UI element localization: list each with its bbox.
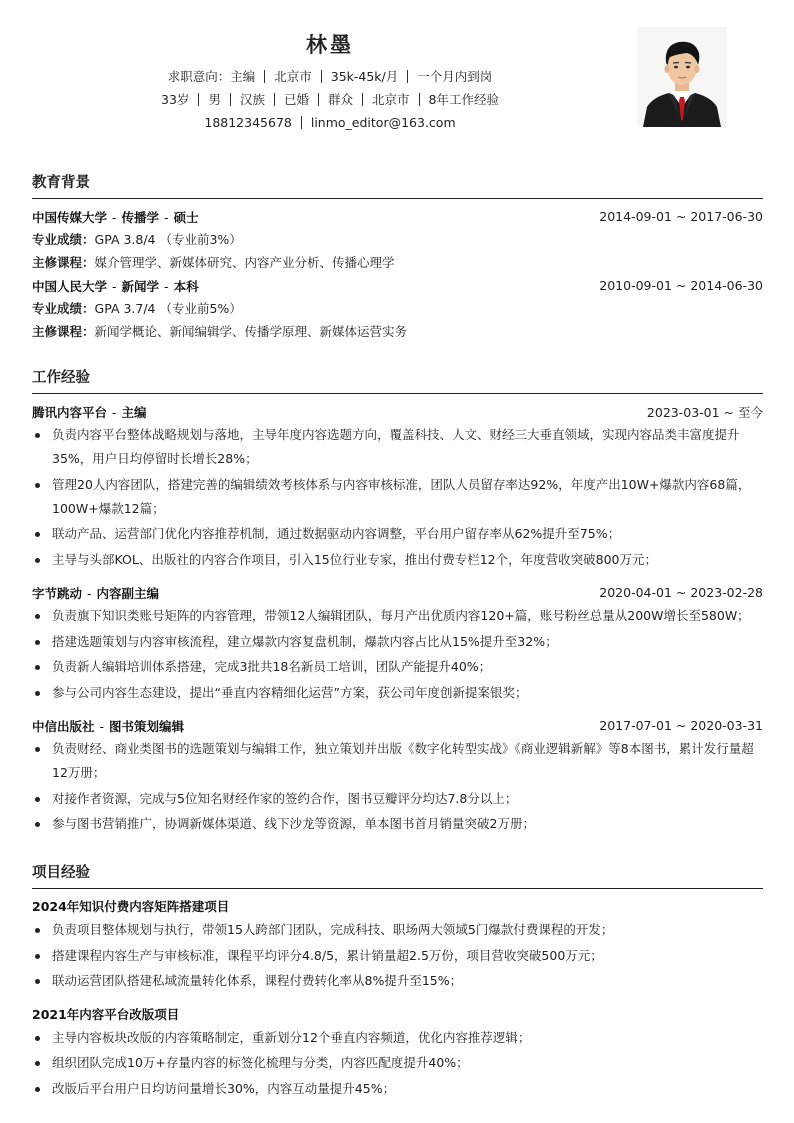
residence-city: 北京市: [372, 92, 410, 107]
resume-page: 林墨 求职意向：主编北京市35k-45k/月一个月内到岗 33岁男汉族已婚群众北…: [0, 0, 794, 1123]
bullet-item: 负责旗下知识类账号矩阵的内容管理，带领12人编辑团队，每月产出优质内容120+篇…: [32, 604, 763, 628]
age: 33岁: [161, 92, 189, 107]
divider: [274, 93, 275, 106]
education-section: 教育背景 中国传媒大学-传播学-硕士 2014-09-01 ~ 2017-06-…: [32, 172, 763, 343]
work-date-range: 2023-03-01 ~ 至今: [647, 403, 763, 421]
bullet-item: 搭建课程内容生产与审核标准，课程平均评分4.8/5，累计销量超2.5万份，项目营…: [32, 944, 763, 968]
work-entry-title: 字节跳动-内容副主编: [32, 584, 159, 602]
company-name: 中信出版社: [32, 719, 95, 734]
avatar-photo: [637, 27, 727, 127]
contact-line: 18812345678linmo_editor@163.com: [0, 111, 660, 134]
job-role: 内容副主编: [97, 586, 160, 601]
work-entry: 中信出版社-图书策划编辑 2017-07-01 ~ 2020-03-31 负责财…: [32, 714, 763, 836]
job-intent: 求职意向：主编: [168, 69, 256, 84]
job-intent-line: 求职意向：主编北京市35k-45k/月一个月内到岗: [0, 65, 660, 88]
score-value: GPA 3.8/4 （专业前3%）: [95, 232, 242, 247]
school-name: 中国人民大学: [32, 279, 107, 294]
work-entry-title: 腾讯内容平台-主编: [32, 403, 147, 421]
bullet-item: 参与图书营销推广，协调新媒体渠道、线下沙龙等资源，单本图书首月销量突破2万册；: [32, 812, 763, 836]
courses-label: 主修课程：: [32, 255, 95, 270]
marital-status: 已婚: [284, 92, 309, 107]
divider: [198, 93, 199, 106]
bullet-item: 参与公司内容生态建设，提出“垂直内容精细化运营”方案，获公司年度创新提案银奖；: [32, 681, 763, 705]
courses-label: 主修课程：: [32, 324, 95, 339]
company-name: 字节跳动: [32, 586, 82, 601]
education-entry-header: 中国人民大学-新闻学-本科 2010-09-01 ~ 2014-06-30: [32, 274, 763, 297]
work-entry-header: 中信出版社-图书策划编辑 2017-07-01 ~ 2020-03-31: [32, 714, 763, 737]
job-role: 图书策划编辑: [109, 719, 184, 734]
bullet-item: 负责财经、商业类图书的选题策划与编辑工作，独立策划并出版《数字化转型实战》《商业…: [32, 737, 763, 785]
score-label: 专业成绩：: [32, 232, 95, 247]
bullet-item: 主导与头部KOL、出版社的内容合作项目，引入15位行业专家，推出付费专栏12个，…: [32, 548, 763, 572]
bullet-item: 组织团队完成10万+存量内容的标签化梳理与分类，内容匹配度提升40%；: [32, 1051, 763, 1075]
work-entry-header: 字节跳动-内容副主编 2020-04-01 ~ 2023-02-28: [32, 581, 763, 604]
work-section: 工作经验 腾讯内容平台-主编 2023-03-01 ~ 至今 负责内容平台整体战…: [32, 367, 763, 838]
work-date-range: 2017-07-01 ~ 2020-03-31: [599, 718, 763, 733]
work-date-range: 2020-04-01 ~ 2023-02-28: [599, 585, 763, 600]
section-title-education: 教育背景: [32, 172, 763, 199]
school-name: 中国传媒大学: [32, 210, 107, 225]
education-date-range: 2010-09-01 ~ 2014-06-30: [599, 278, 763, 293]
education-entry-title: 中国人民大学-新闻学-本科: [32, 277, 199, 295]
section-title-work: 工作经验: [32, 367, 763, 394]
education-entry-header: 中国传媒大学-传播学-硕士 2014-09-01 ~ 2017-06-30: [32, 205, 763, 228]
education-entry-title: 中国传媒大学-传播学-硕士: [32, 208, 199, 226]
project-bullets: 主导内容板块改版的内容策略制定，重新划分12个垂直内容频道，优化内容推荐逻辑； …: [32, 1026, 763, 1101]
section-title-projects: 项目经验: [32, 862, 763, 889]
education-courses: 主修课程：新闻学概论、新闻编辑学、传播学原理、新媒体运营实务: [32, 320, 763, 343]
divider: [230, 93, 231, 106]
expected-salary: 35k-45k/月: [331, 69, 399, 84]
score-value: GPA 3.7/4 （专业前5%）: [95, 301, 242, 316]
education-entry: 中国人民大学-新闻学-本科 2010-09-01 ~ 2014-06-30 专业…: [32, 274, 763, 343]
bullet-item: 对接作者资源，完成与5位知名财经作家的签约合作，图书豆瓣评分均达7.8分以上；: [32, 787, 763, 811]
work-entry-title: 中信出版社-图书策划编辑: [32, 717, 184, 735]
phone: 18812345678: [204, 115, 291, 130]
personal-info-line: 33岁男汉族已婚群众北京市8年工作经验: [0, 88, 660, 111]
work-bullets: 负责财经、商业类图书的选题策划与编辑工作，独立策划并出版《数字化转型实战》《商业…: [32, 737, 763, 836]
degree: 本科: [174, 279, 199, 294]
gender: 男: [208, 92, 221, 107]
divider: [407, 70, 408, 83]
work-years: 8年工作经验: [429, 92, 499, 107]
project-entry: 2021年内容平台改版项目 主导内容板块改版的内容策略制定，重新划分12个垂直内…: [32, 1003, 763, 1101]
bullet-item: 联动产品、运营部门优化内容推荐机制，通过数据驱动内容调整，平台用户留存率从62%…: [32, 522, 763, 546]
education-entry: 中国传媒大学-传播学-硕士 2014-09-01 ~ 2017-06-30 专业…: [32, 205, 763, 274]
project-title: 2021年内容平台改版项目: [32, 1003, 763, 1026]
political-status: 群众: [328, 92, 353, 107]
degree: 硕士: [174, 210, 199, 225]
work-entry: 腾讯内容平台-主编 2023-03-01 ~ 至今 负责内容平台整体战略规划与落…: [32, 400, 763, 572]
bullet-item: 负责项目整体规划与执行，带领15人跨部门团队，完成科技、职场两大领域5门爆款付费…: [32, 918, 763, 942]
bullet-item: 管理20人内容团队，搭建完善的编辑绩效考核体系与内容审核标准，团队人员留存率达9…: [32, 473, 763, 521]
avatar-icon: [637, 27, 727, 127]
bullet-item: 搭建选题策划与内容审核流程，建立爆款内容复盘机制，爆款内容占比从15%提升至32…: [32, 630, 763, 654]
courses-value: 新闻学概论、新闻编辑学、传播学原理、新媒体运营实务: [95, 324, 408, 339]
availability: 一个月内到岗: [417, 69, 492, 84]
projects-section: 项目经验 2024年知识付费内容矩阵搭建项目 负责项目整体规划与执行，带领15人…: [32, 862, 763, 1102]
major: 传播学: [122, 210, 160, 225]
intent-city: 北京市: [274, 69, 312, 84]
education-courses: 主修课程：媒介管理学、新媒体研究、内容产业分析、传播心理学: [32, 251, 763, 274]
bullet-item: 联动运营团队搭建私域流量转化体系，课程付费转化率从8%提升至15%；: [32, 969, 763, 993]
resume-header: 林墨 求职意向：主编北京市35k-45k/月一个月内到岗 33岁男汉族已婚群众北…: [0, 30, 660, 134]
work-bullets: 负责内容平台整体战略规划与落地，主导年度内容选题方向，覆盖科技、人文、财经三大垂…: [32, 423, 763, 572]
divider: [301, 116, 302, 129]
major: 新闻学: [122, 279, 160, 294]
divider: [264, 70, 265, 83]
bullet-item: 改版后平台用户日均访问量增长30%，内容互动量提升45%；: [32, 1077, 763, 1101]
courses-value: 媒介管理学、新媒体研究、内容产业分析、传播心理学: [95, 255, 395, 270]
email: linmo_editor@163.com: [311, 115, 456, 130]
company-name: 腾讯内容平台: [32, 405, 107, 420]
divider: [321, 70, 322, 83]
divider: [362, 93, 363, 106]
education-score: 专业成绩：GPA 3.7/4 （专业前5%）: [32, 297, 763, 320]
bullet-item: 负责新人编辑培训体系搭建，完成3批共18名新员工培训，团队产能提升40%；: [32, 655, 763, 679]
job-role: 主编: [122, 405, 147, 420]
bullet-item: 负责内容平台整体战略规划与落地，主导年度内容选题方向，覆盖科技、人文、财经三大垂…: [32, 423, 763, 471]
project-title: 2024年知识付费内容矩阵搭建项目: [32, 895, 763, 918]
score-label: 专业成绩：: [32, 301, 95, 316]
work-entry: 字节跳动-内容副主编 2020-04-01 ~ 2023-02-28 负责旗下知…: [32, 581, 763, 705]
project-bullets: 负责项目整体规划与执行，带领15人跨部门团队，完成科技、职场两大领域5门爆款付费…: [32, 918, 763, 993]
bullet-item: 主导内容板块改版的内容策略制定，重新划分12个垂直内容频道，优化内容推荐逻辑；: [32, 1026, 763, 1050]
ethnicity: 汉族: [240, 92, 265, 107]
education-date-range: 2014-09-01 ~ 2017-06-30: [599, 209, 763, 224]
work-bullets: 负责旗下知识类账号矩阵的内容管理，带领12人编辑团队，每月产出优质内容120+篇…: [32, 604, 763, 705]
divider: [419, 93, 420, 106]
work-entry-header: 腾讯内容平台-主编 2023-03-01 ~ 至今: [32, 400, 763, 423]
project-entry: 2024年知识付费内容矩阵搭建项目 负责项目整体规划与执行，带领15人跨部门团队…: [32, 895, 763, 993]
education-score: 专业成绩：GPA 3.8/4 （专业前3%）: [32, 228, 763, 251]
divider: [318, 93, 319, 106]
candidate-name: 林墨: [0, 30, 660, 60]
